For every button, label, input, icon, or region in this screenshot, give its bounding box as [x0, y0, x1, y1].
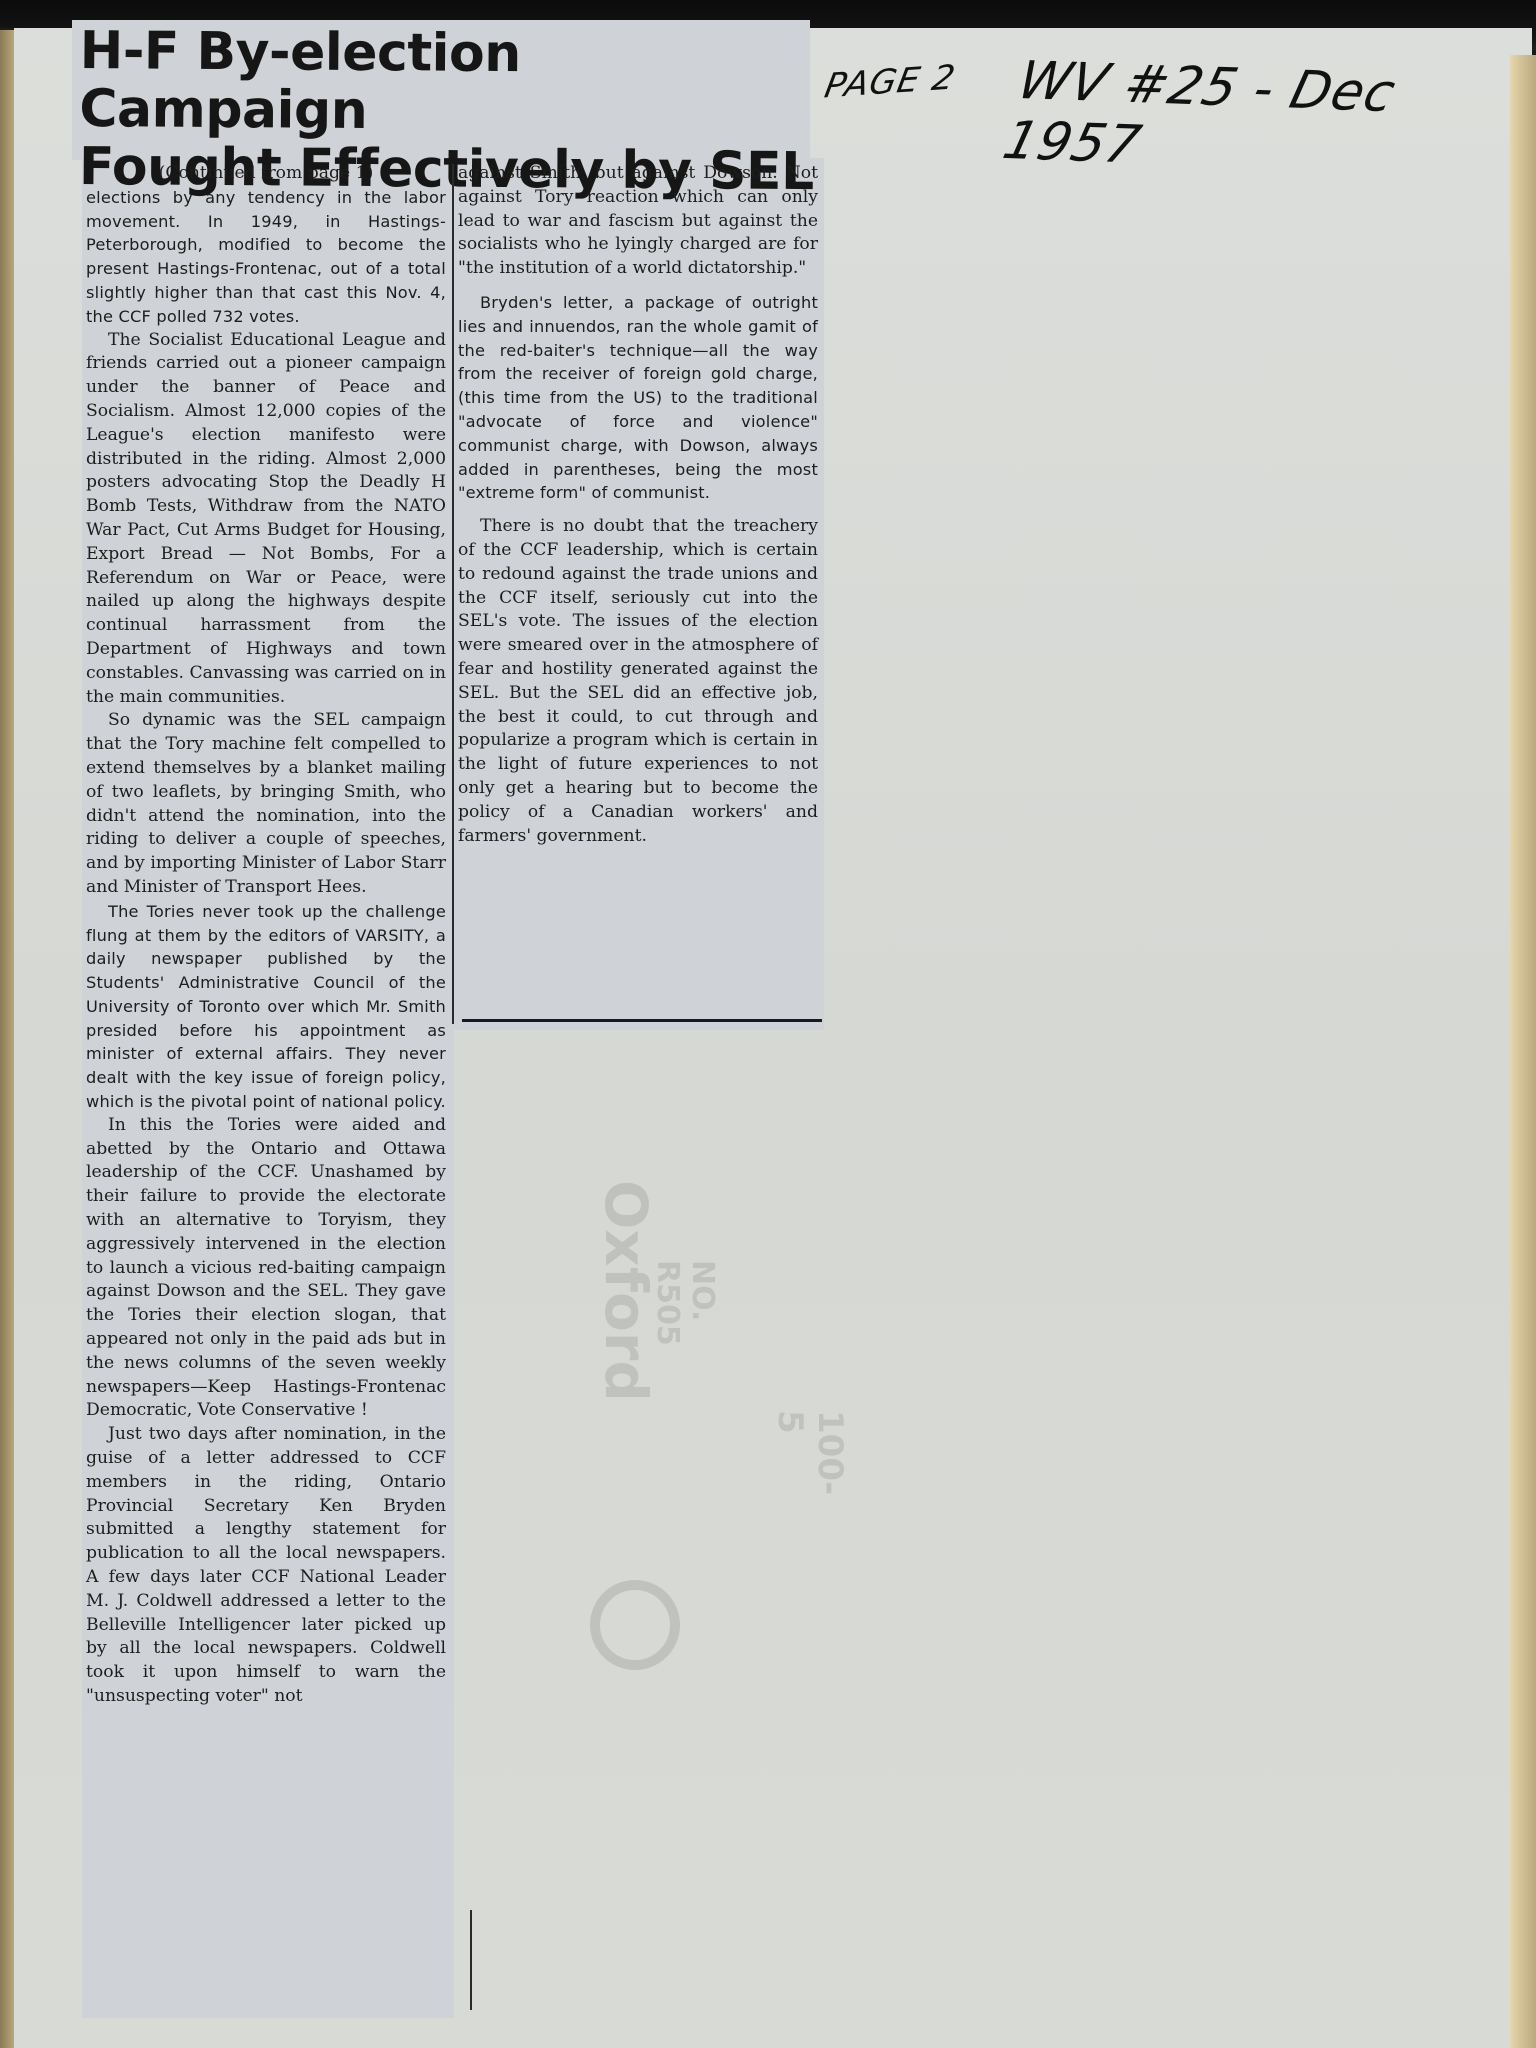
paper-watermark: Oxford NO. R505 100-5	[520, 1140, 840, 1760]
article-end-rule	[462, 1019, 822, 1022]
watermark-circle-icon	[590, 1580, 680, 1670]
paragraph: against Smith, but against Dowson. Not a…	[458, 162, 818, 281]
watermark-code: 100-5	[770, 1410, 850, 1495]
paragraph: So dynamic was the SEL campaign that the…	[86, 709, 446, 899]
paragraph: In this the Tories were aided and abette…	[86, 1114, 446, 1423]
paragraph: The Tories never took up the challenge f…	[86, 900, 446, 1114]
paragraph: There is no doubt that the treachery of …	[458, 515, 818, 848]
article-column-2: against Smith, but against Dowson. Not a…	[458, 162, 818, 848]
page-left-edge	[0, 30, 14, 2048]
paragraph: The Socialist Educational League and fri…	[86, 329, 446, 710]
page-right-edge	[1510, 55, 1536, 2048]
article-column-1: (Continued from page 1) elections by any…	[86, 162, 446, 1709]
watermark-subtext: NO. R505	[650, 1260, 720, 1380]
column-divider-lower	[470, 1910, 472, 2010]
column-divider	[452, 164, 454, 1024]
paragraph: Just two days after nomination, in the g…	[86, 1423, 446, 1709]
paragraph: elections by any tendency in the labor m…	[86, 186, 446, 329]
headline-line-1: H-F By-election Campaign	[79, 22, 820, 143]
continued-note: (Continued from page 1)	[86, 162, 446, 186]
handwritten-issue-note: WV #25 - Dec 1957	[997, 51, 1536, 189]
paragraph: Bryden's letter, a package of outright l…	[458, 291, 818, 505]
